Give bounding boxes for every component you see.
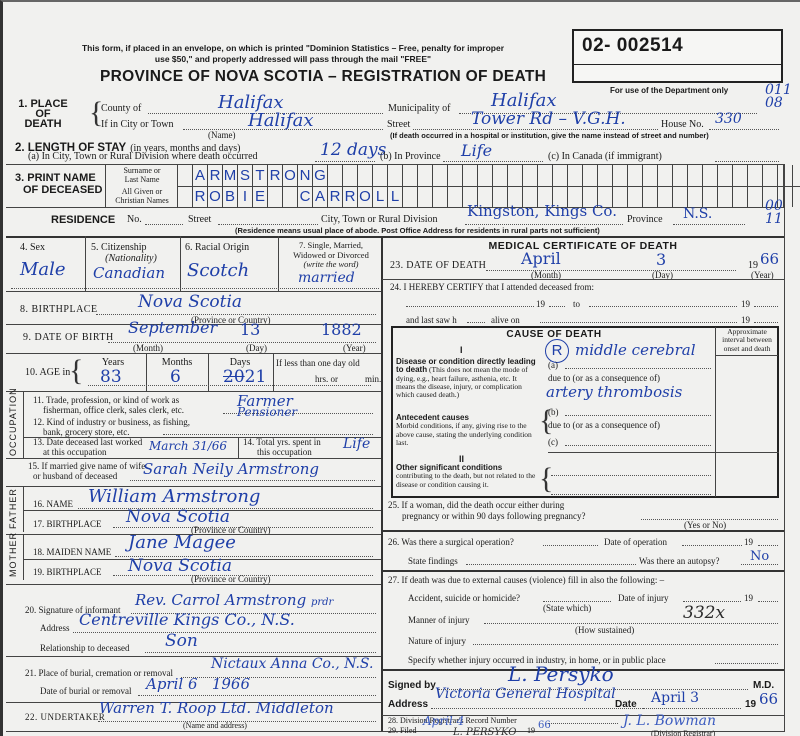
undertaker-label: 22. UNDERTAKER: [25, 712, 105, 722]
citizenship-divider: [180, 236, 181, 291]
q27-injury-year-line: [758, 601, 778, 602]
name-letter-cell[interactable]: L: [373, 186, 388, 207]
name-letter-cell[interactable]: [178, 186, 193, 207]
name-letter-cell[interactable]: [493, 165, 508, 186]
name-letter-cell[interactable]: [403, 186, 418, 207]
name-letter-cell[interactable]: [328, 165, 343, 186]
q26-autopsy-line: [741, 564, 778, 565]
row-divider-27: [382, 570, 784, 572]
los-city-line: [315, 161, 375, 162]
name-letter-cell[interactable]: [703, 186, 718, 207]
dob-day[interactable]: 13: [240, 320, 260, 339]
street-value[interactable]: Tower Rd – V.G.H.: [471, 109, 626, 129]
date-of-death-label: 23. DATE OF DEATH: [390, 260, 486, 271]
los-city-value[interactable]: 12 days: [320, 140, 386, 160]
residence-city-label: City, Town or Rural Division: [321, 214, 438, 225]
department-code: 011 08: [765, 84, 792, 110]
relationship-value[interactable]: Son: [165, 631, 198, 651]
name-letter-cell[interactable]: A: [313, 186, 328, 207]
informant-signature[interactable]: Rev. Carrol Armstrong prdr: [135, 591, 333, 609]
name-letter-cell[interactable]: [373, 165, 388, 186]
alive-on-label: alive on: [491, 315, 520, 325]
name-letter-cell[interactable]: [628, 165, 643, 186]
attended-to: to: [573, 299, 580, 309]
residence-no-label: No.: [127, 214, 142, 225]
signed-by-label: Signed by: [388, 680, 436, 691]
citizenship-label: 5. Citizenship: [91, 242, 147, 253]
q26-findings-label: State findings: [408, 556, 458, 566]
cause-c-line: [565, 445, 711, 446]
name-divider: [105, 164, 106, 208]
name-letter-cell[interactable]: C: [298, 186, 313, 207]
name-letter-cell[interactable]: [178, 165, 193, 186]
name-letter-cell[interactable]: [598, 165, 613, 186]
antecedent-label: Antecedent causes Morbid conditions, if …: [396, 414, 536, 447]
citizenship-value[interactable]: Canadian: [93, 264, 165, 282]
age-lt-label: If less than one day old: [276, 358, 360, 368]
relationship-label: Relationship to deceased: [40, 643, 129, 653]
informant-address-line: [73, 632, 376, 633]
dob-year[interactable]: 1882: [321, 320, 362, 339]
name-letter-cell[interactable]: [583, 165, 598, 186]
name-letter-cell[interactable]: [568, 165, 583, 186]
due-to-1: due to (or as a consequence of): [548, 373, 660, 383]
name-letter-cell[interactable]: [688, 186, 703, 207]
name-letter-cell[interactable]: [718, 165, 733, 186]
street-label: Street: [387, 119, 410, 130]
attended-from-year-line: [549, 306, 565, 307]
name-letter-cell[interactable]: [268, 186, 283, 207]
attended-to-line: [589, 306, 737, 307]
certify-label: 24. I HEREBY CERTIFY that I attended dec…: [390, 282, 594, 292]
house-no-field-line: [709, 129, 779, 130]
interval-header-divider: [716, 355, 778, 356]
q26-autopsy-value[interactable]: No: [750, 549, 769, 564]
mother-birthplace-label: 19. BIRTHPLACE: [33, 567, 101, 577]
signature-date-value[interactable]: April 3: [651, 690, 699, 706]
q26-date-19: 19: [744, 537, 753, 547]
q26-autopsy-label: Was there an autopsy?: [639, 556, 720, 566]
name-letter-cell[interactable]: [763, 165, 778, 186]
residence-code: 00 11: [765, 200, 783, 226]
q25-caption: (Yes or No): [684, 520, 726, 530]
dob-label: 9. DATE OF BIRTH: [23, 332, 114, 343]
surname-cells[interactable]: ARMSTRONG: [177, 165, 800, 187]
residence-label: RESIDENCE: [51, 214, 115, 226]
column-divider: [381, 236, 383, 732]
occupation-13-14-divider: [238, 437, 239, 458]
name-letter-cell[interactable]: [553, 165, 568, 186]
notice-line-2: use $50," and properly addressed will pa…: [43, 54, 543, 65]
row-divider-24: [382, 279, 784, 280]
age-months[interactable]: 6: [170, 367, 181, 387]
dod-year[interactable]: 66: [760, 250, 779, 268]
name-letter-cell[interactable]: [418, 165, 433, 186]
los-canada-line: [715, 161, 779, 162]
alive-19: 19: [741, 315, 750, 325]
last-worked-label-2: at this occupation: [33, 448, 142, 458]
name-letter-cell[interactable]: O: [358, 186, 373, 207]
name-letter-cell[interactable]: N: [298, 165, 313, 186]
signature-year-value[interactable]: 66: [759, 690, 778, 708]
cause-a-line: [565, 368, 711, 369]
dob-year-caption: (Year): [343, 343, 366, 353]
alive-year-line: [754, 322, 778, 323]
attended-from-line: [406, 306, 534, 307]
residence-province-label: Province: [627, 214, 663, 225]
undertaker-value[interactable]: Warren T. Roop Ltd. Middleton: [99, 699, 334, 717]
mother-maiden-label: 18. MAIDEN NAME: [33, 547, 111, 557]
municipality-value[interactable]: Halifax: [491, 90, 557, 111]
name-letter-cell[interactable]: T: [253, 165, 268, 186]
last-worked-label: 13. Date deceased last worked at this oc…: [33, 438, 142, 457]
name-letter-cell[interactable]: [793, 165, 800, 186]
age-days-struck: 20: [223, 367, 245, 387]
row-4-7-line: [11, 288, 379, 289]
sex-label: 4. Sex: [20, 242, 45, 253]
name-letter-cell[interactable]: B: [223, 186, 238, 207]
street-field-line: [413, 129, 658, 130]
name-letter-cell[interactable]: [613, 165, 628, 186]
los-canada-label: (c) In Canada (if immigrant): [548, 151, 662, 162]
name-letter-cell[interactable]: E: [253, 186, 268, 207]
filed-year-prefix: 19: [527, 726, 535, 735]
dob-month[interactable]: September: [128, 318, 217, 337]
institution-note: (If death occurred in a hospital or inst…: [390, 131, 709, 140]
q27-label: 27. If death was due to external causes …: [388, 575, 664, 585]
surname-label: Surname or Last Name: [107, 166, 177, 184]
age-days[interactable]: 2021: [223, 367, 266, 387]
name-letter-cell[interactable]: I: [238, 186, 253, 207]
cause-due-to-1-value[interactable]: artery thrombosis: [546, 383, 682, 401]
cause-b-marker: (b): [548, 407, 559, 417]
q27-nature-line: [473, 644, 778, 645]
name-letter-cell[interactable]: [643, 186, 658, 207]
name-letter-cell[interactable]: [673, 165, 688, 186]
q27-accident-caption: (State which): [543, 603, 591, 613]
name-letter-cell[interactable]: [523, 165, 538, 186]
signed-by-value[interactable]: L. Persyko: [508, 662, 614, 686]
death-registration-form: This form, if placed in an envelope, on …: [0, 0, 800, 736]
name-letter-cell[interactable]: G: [313, 165, 328, 186]
mother-side-divider: [23, 534, 24, 580]
print-name-label-2: OF DECEASED: [15, 184, 102, 196]
name-letter-cell[interactable]: R: [343, 186, 358, 207]
name-letter-cell[interactable]: [658, 165, 673, 186]
industry-label-1: 12. Kind of industry or business, as fis…: [33, 417, 190, 427]
name-letter-cell[interactable]: [418, 186, 433, 207]
spouse-label: 15. If married give name of wife or husb…: [28, 461, 145, 481]
mother-maiden-value[interactable]: Jane Magee: [128, 532, 236, 553]
marital-label-3: (write the word): [281, 260, 381, 270]
burial-place-value[interactable]: Nictaux Anna Co., N.S.: [211, 656, 373, 672]
q27-accident-line: [543, 601, 611, 602]
name-letter-cell[interactable]: [478, 165, 493, 186]
part-1-label: I: [460, 345, 463, 355]
q27-injury-date-line: [683, 601, 741, 602]
other-conditions-label: Other significant conditions contributin…: [396, 464, 536, 489]
name-letter-cell[interactable]: A: [193, 165, 208, 186]
form-title: PROVINCE OF NOVA SCOTIA – REGISTRATION O…: [100, 68, 546, 86]
department-only-label: For use of the Department only: [610, 86, 728, 95]
last-saw-line: [467, 322, 485, 323]
registrar-caption: (Division Registrar): [651, 729, 715, 736]
residence-city-value[interactable]: Kingston, Kings Co.: [467, 202, 617, 220]
name-letter-cell[interactable]: [778, 165, 793, 186]
racial-value[interactable]: Scotch: [187, 260, 249, 281]
row-divider-15: [6, 458, 381, 459]
q27-manner-line: [484, 623, 778, 624]
racial-divider: [278, 236, 279, 291]
q27-accident-label: Accident, suicide or homicide?: [408, 593, 520, 603]
name-letter-cell[interactable]: [718, 186, 733, 207]
q26-date-line: [682, 545, 742, 546]
father-side-label: FATHER: [8, 489, 22, 529]
signature-address-value[interactable]: Victoria General Hospital: [435, 686, 616, 702]
residence-city-line: [465, 224, 623, 225]
name-letter-cell[interactable]: M: [223, 165, 238, 186]
name-letter-cell[interactable]: [793, 186, 800, 207]
trade-label-1: 11. Trade, profession, or kind of work a…: [33, 395, 184, 405]
birthplace-label: 8. BIRTHPLACE: [20, 304, 98, 315]
marital-label: 7. Single, Married, Widowed or Divorced …: [281, 241, 381, 270]
name-letter-cell[interactable]: R: [208, 165, 223, 186]
q25-label-1: 25. If a woman, did the death occur eith…: [388, 500, 585, 511]
father-name-label: 16. NAME: [33, 499, 73, 509]
signature-address-label: Address: [388, 699, 428, 710]
residence-street-line: [218, 224, 318, 225]
medical-certificate-title: MEDICAL CERTIFICATE OF DEATH: [383, 240, 783, 252]
name-letter-cell[interactable]: [463, 165, 478, 186]
mail-notice: This form, if placed in an envelope, on …: [43, 43, 543, 65]
given-label-2: Christian Names: [107, 196, 177, 205]
filed-label: 29. Filed: [388, 726, 416, 735]
total-years-label-2: this occupation: [243, 448, 321, 458]
dob-day-caption: (Day): [246, 343, 267, 353]
registration-number-box: 02- 002514: [572, 29, 783, 83]
los-province-value[interactable]: Life: [461, 141, 492, 160]
marital-value[interactable]: married: [298, 270, 355, 286]
q27-manner-label: Manner of injury: [408, 615, 469, 625]
undertaker-caption: (Name and address): [183, 721, 247, 730]
residence-street-label: Street: [188, 214, 211, 225]
burial-date-line: [138, 695, 376, 696]
industry-line: [163, 434, 373, 435]
q25-label: 25. If a woman, did the death occur eith…: [388, 500, 585, 522]
age-years[interactable]: 83: [100, 367, 122, 387]
dod-line: [486, 270, 736, 271]
surname-label-1: Surname or: [107, 166, 177, 175]
residence-note: (Residence means usual place of abode. P…: [235, 226, 600, 235]
city-value[interactable]: Halifax: [248, 110, 314, 131]
name-letter-cell[interactable]: [688, 165, 703, 186]
print-name-label: 3. PRINT NAME OF DECEASED: [15, 172, 102, 196]
name-letter-cell[interactable]: [358, 165, 373, 186]
name-letter-cell[interactable]: S: [238, 165, 253, 186]
name-letter-cell[interactable]: [538, 165, 553, 186]
q26-findings-line: [466, 564, 636, 565]
name-letter-cell[interactable]: R: [328, 186, 343, 207]
print-name-label-1: 3. PRINT NAME: [15, 172, 102, 184]
other-line-1: [551, 475, 711, 476]
father-name-value[interactable]: William Armstrong: [88, 486, 260, 507]
last-saw-label: and last saw h: [406, 315, 457, 325]
age-brace: {: [69, 356, 83, 386]
name-letter-cell[interactable]: [628, 186, 643, 207]
name-letter-cell[interactable]: [703, 165, 718, 186]
q26-date-label: Date of operation: [604, 537, 667, 547]
age-line: [88, 385, 371, 386]
antecedent-rest: Morbid conditions, if any, giving rise t…: [396, 422, 536, 447]
house-no-label: House No.: [661, 119, 704, 130]
sex-divider: [85, 236, 86, 291]
residence-province-line: [673, 224, 745, 225]
record-number-line: [548, 723, 618, 724]
given-label: All Given or Christian Names: [107, 187, 177, 205]
name-letter-cell[interactable]: [448, 186, 463, 207]
signature-date-label: Date: [615, 699, 637, 710]
section-divider: [6, 236, 784, 238]
name-letter-cell[interactable]: O: [283, 165, 298, 186]
name-letter-cell[interactable]: [403, 165, 418, 186]
filed-year-value[interactable]: 66: [538, 720, 551, 731]
informant-address-label: Address: [40, 623, 70, 633]
name-letter-cell[interactable]: [673, 186, 688, 207]
name-letter-cell[interactable]: [448, 165, 463, 186]
name-letter-cell[interactable]: [733, 186, 748, 207]
father-birthplace-label: 17. BIRTHPLACE: [33, 519, 101, 529]
other-conditions-rest: contributing to the death, but not relat…: [396, 472, 536, 489]
part-2-divider: [548, 452, 779, 453]
other-conditions-brace: {: [539, 464, 553, 494]
name-letter-cell[interactable]: [388, 165, 403, 186]
row-divider-26: [382, 530, 784, 532]
q26-operation-line: [543, 545, 598, 546]
interval-header: Approximate interval between onset and d…: [716, 328, 778, 353]
q27-place-line: [715, 663, 778, 664]
surname-label-2: Last Name: [107, 175, 177, 184]
name-letter-cell[interactable]: L: [388, 186, 403, 207]
signature-date-line: [643, 708, 741, 709]
dob-month-caption: (Month): [133, 343, 163, 353]
mother-birthplace-value[interactable]: Nova Scotia: [128, 556, 232, 576]
q26-operation-label: 26. Was there a surgical operation?: [388, 537, 514, 547]
q27-manner-caption: (How sustained): [575, 625, 634, 635]
trade-label-2: fisherman, office clerk, sales clerk, et…: [33, 405, 184, 415]
signature-year-prefix: 19: [745, 699, 756, 710]
alive-on-line: [540, 322, 737, 323]
los-province-label: (b) In Province: [380, 151, 441, 162]
name-letter-cell[interactable]: [733, 165, 748, 186]
spouse-value[interactable]: Sarah Neily Armstrong: [143, 460, 319, 478]
q25-label-2: pregnancy or within 90 days following pr…: [388, 511, 585, 522]
municipality-label: Municipality of: [388, 103, 451, 114]
right-border: [784, 164, 785, 732]
name-letter-cell[interactable]: [658, 186, 673, 207]
given-label-1: All Given or: [107, 187, 177, 196]
name-letter-cell[interactable]: O: [208, 186, 223, 207]
name-letter-cell[interactable]: [748, 186, 763, 207]
q27-injury-19: 19: [744, 593, 753, 603]
city-label: If in City or Town: [101, 119, 173, 130]
cause-c-marker: (c): [548, 437, 558, 447]
age-min-label: min.: [365, 374, 381, 384]
total-years-value[interactable]: Life: [343, 436, 370, 452]
mother-birthplace-caption: (Province or Country): [191, 574, 270, 584]
name-letter-cell[interactable]: R: [268, 165, 283, 186]
row-divider-11: [6, 391, 381, 392]
last-worked-value[interactable]: March 31/66: [149, 439, 227, 453]
name-letter-cell[interactable]: R: [193, 186, 208, 207]
spouse-label-1: 15. If married give name of wife: [28, 461, 145, 471]
other-line-2: [551, 494, 711, 495]
name-letter-cell[interactable]: [433, 186, 448, 207]
dod-month[interactable]: April: [521, 249, 561, 268]
attended-to-19: 19: [741, 299, 750, 309]
attended-from-19: 19: [536, 299, 545, 309]
father-birthplace-value[interactable]: Nova Scotia: [126, 507, 230, 527]
los-city-label: (a) In City, Town or Rural Division wher…: [28, 151, 258, 162]
cause-a-value[interactable]: middle cerebral: [575, 341, 696, 359]
informant-address-value[interactable]: Centreville Kings Co., N.S.: [79, 610, 295, 629]
attended-to-year-line: [754, 306, 778, 307]
name-letter-cell[interactable]: [748, 165, 763, 186]
direct-cause-label: Disease or condition directly leading to…: [396, 358, 536, 399]
due-to-2: due to (or as a consequence of): [548, 420, 660, 430]
burial-date-value[interactable]: April 6 1966: [146, 675, 250, 693]
name-letter-cell[interactable]: [343, 165, 358, 186]
age-days-value: 21: [245, 367, 267, 387]
house-no-value[interactable]: 330: [715, 111, 742, 127]
sex-value[interactable]: Male: [20, 259, 66, 280]
q27-injury-date-label: Date of injury: [618, 593, 668, 603]
burial-date-label: Date of burial or removal: [40, 686, 131, 696]
row-divider-20: [6, 584, 381, 585]
cause-a-marker: (a): [548, 360, 558, 370]
racial-label: 6. Racial Origin: [185, 242, 249, 253]
spouse-label-2: or husband of deceased: [28, 471, 145, 481]
industry-value[interactable]: Pensioner: [237, 405, 297, 419]
residence-no-line: [145, 224, 183, 225]
residence-code-bottom: 11: [765, 213, 783, 226]
name-letter-cell[interactable]: [283, 186, 298, 207]
registrar-signature[interactable]: J. L. Bowman: [623, 713, 716, 729]
name-letter-cell[interactable]: [433, 165, 448, 186]
name-letter-cell[interactable]: [643, 165, 658, 186]
occupation-side-divider: [23, 391, 24, 458]
filed-date-value[interactable]: April 4: [423, 714, 464, 728]
birthplace-value[interactable]: Nova Scotia: [138, 292, 242, 312]
trade-label: 11. Trade, profession, or kind of work a…: [33, 395, 184, 415]
age-label: 10. AGE in: [25, 367, 70, 378]
total-years-label: 14. Total yrs. spent in this occupation: [243, 438, 321, 457]
registration-number: 02- 002514: [582, 35, 683, 57]
residence-province-value[interactable]: N.S.: [683, 206, 712, 222]
spouse-line: [130, 480, 375, 481]
place-of-death-label: 1. PLACE OF DEATH: [13, 99, 73, 129]
citizenship-sub: (Nationality): [91, 253, 171, 264]
dod-day[interactable]: 3: [656, 250, 666, 269]
informant-signature-value: Rev. Carrol Armstrong: [135, 591, 306, 609]
q27-code-note: 332x: [683, 603, 725, 623]
cause-b-line: [565, 415, 711, 416]
row-divider-10: [6, 353, 381, 354]
pod-label-3: DEATH: [13, 119, 73, 129]
name-letter-cell[interactable]: [508, 165, 523, 186]
father-side-divider: [23, 486, 24, 532]
informant-signature-suffix: prdr: [311, 597, 333, 608]
los-province-line: [443, 161, 543, 162]
